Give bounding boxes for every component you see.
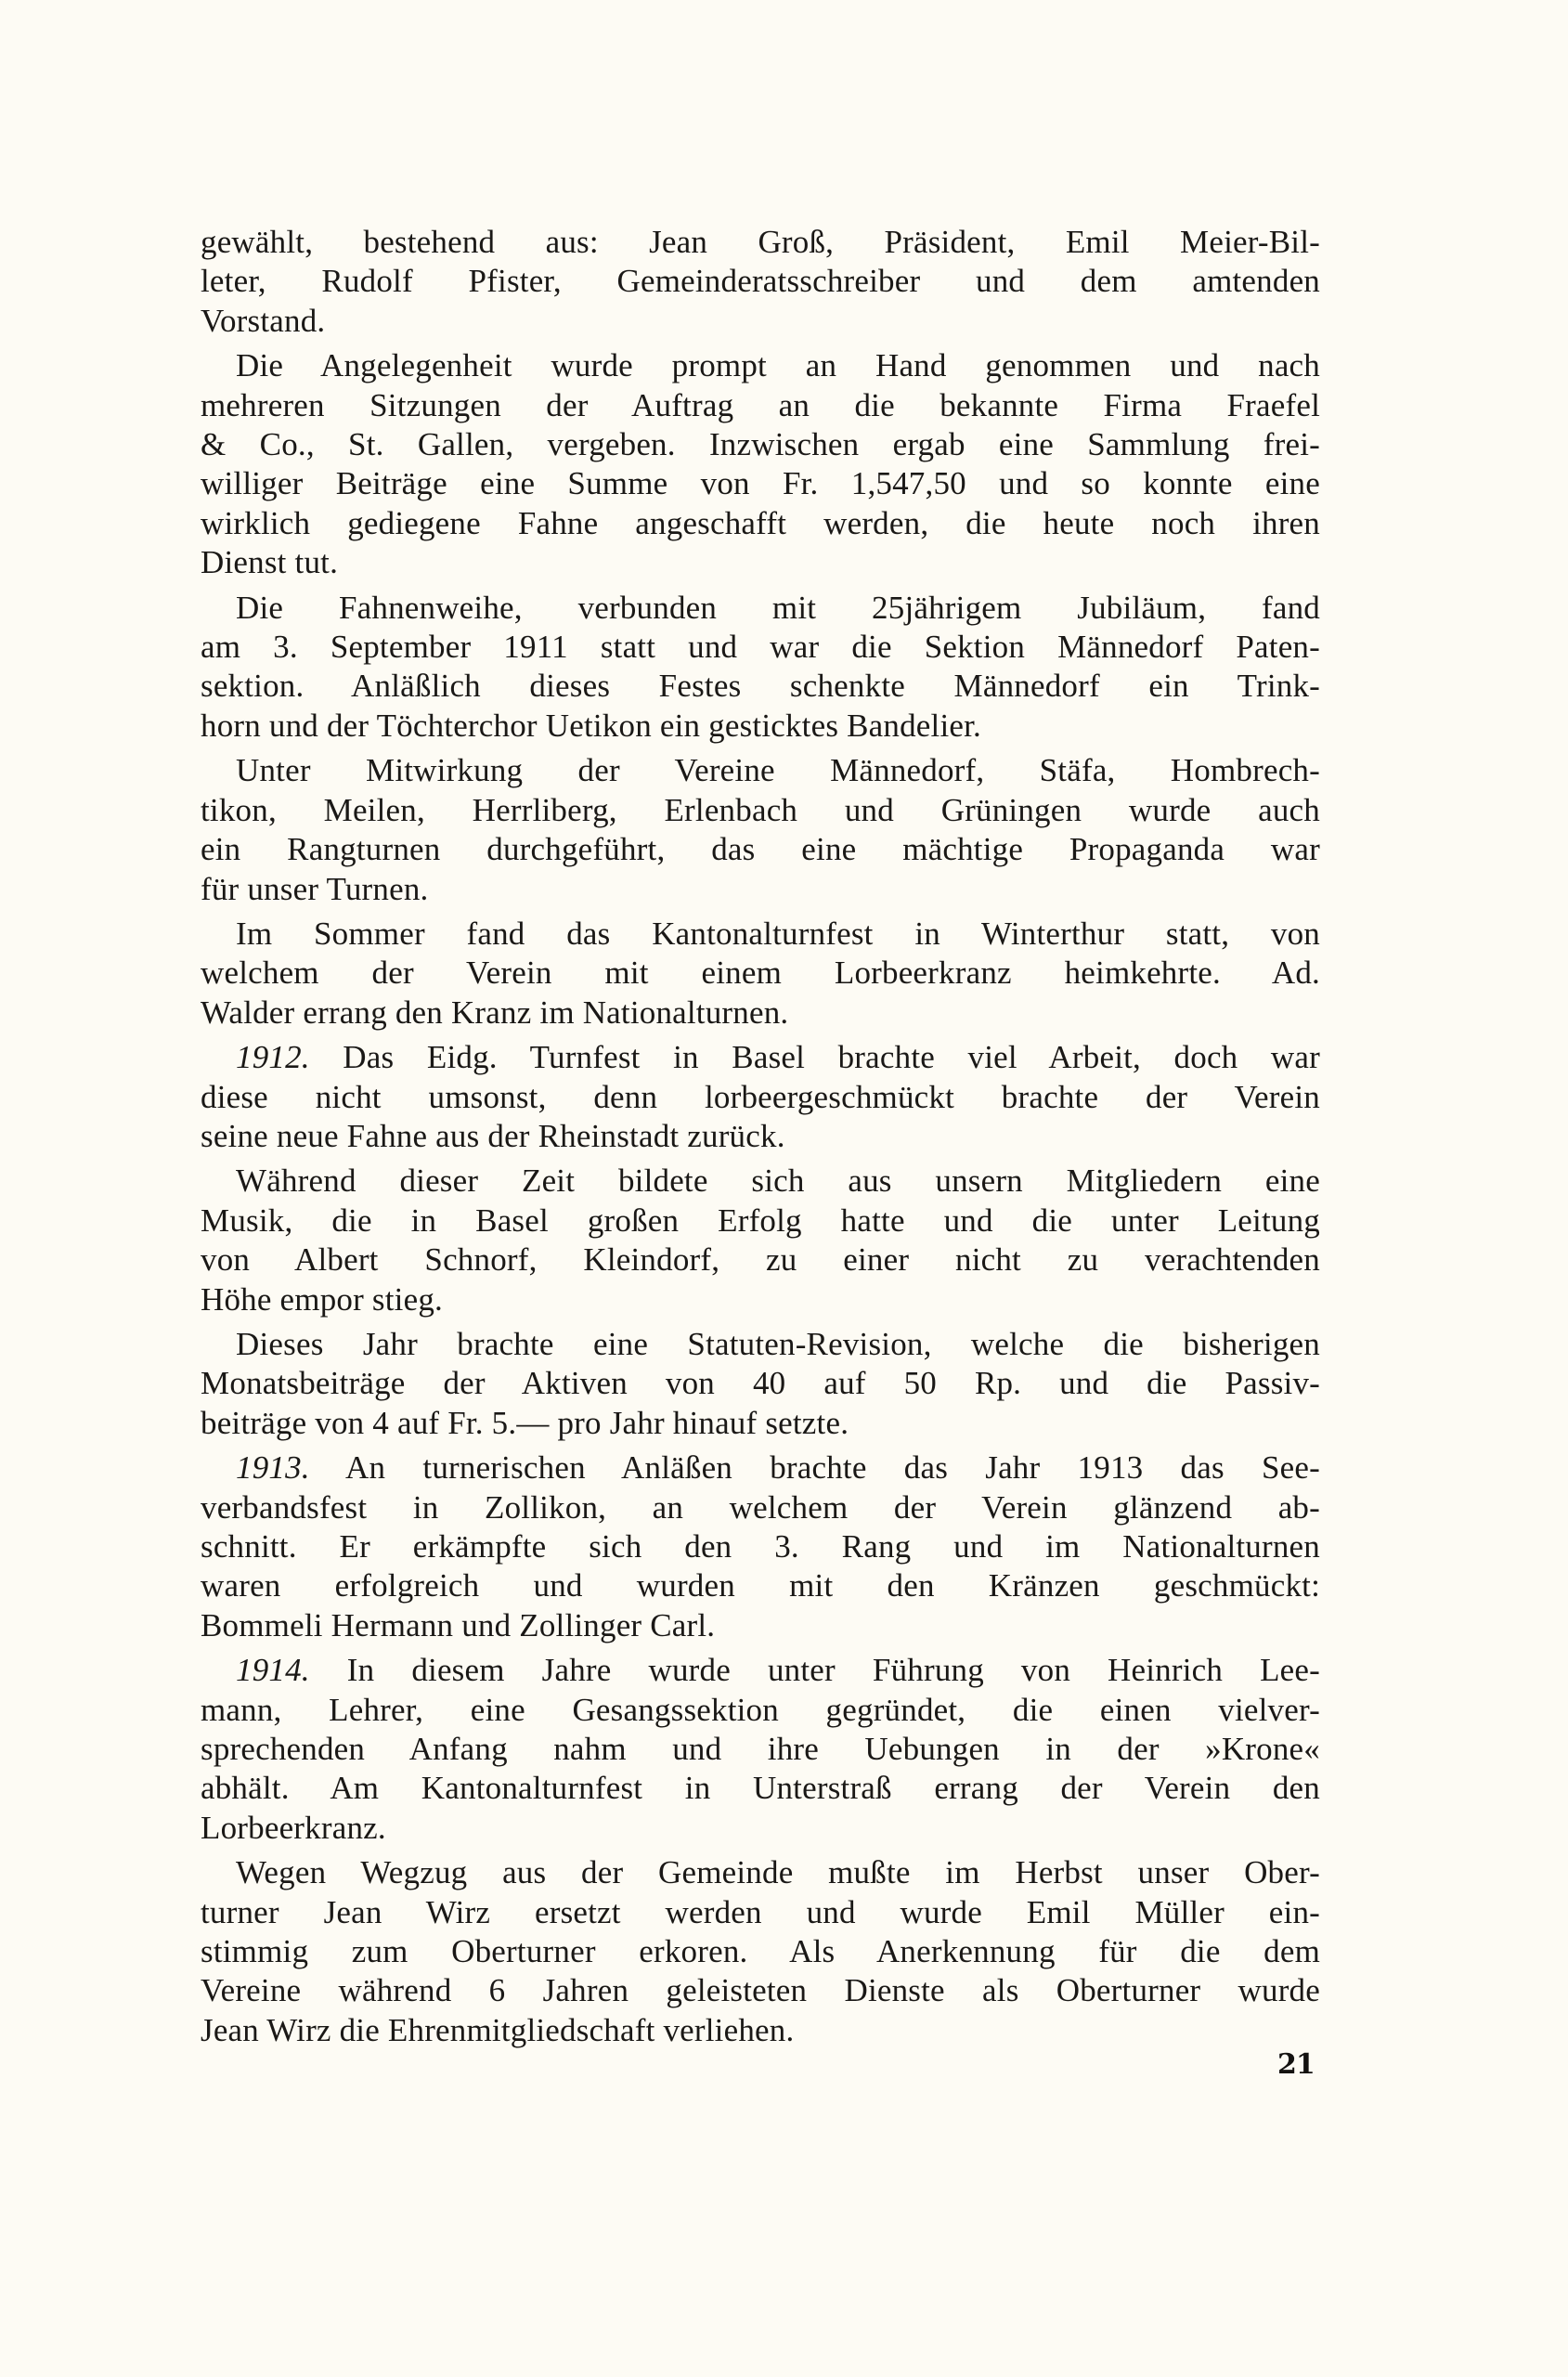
text-line: gewählt, bestehend aus: Jean Groß, Präsi… [201,223,1320,262]
text-line: leter, Rudolf Pfister, Gemeinderatsschre… [201,262,1320,301]
text-line: Die Fahnenweihe, verbunden mit 25jährige… [201,589,1320,628]
page-number: 21 [1277,2048,1315,2081]
paragraph-kantonalturnfest-winterthur: Im Sommer fand das Kantonalturnfest in W… [201,915,1320,1033]
text-line: von Albert Schnorf, Kleindorf, zu einer … [201,1240,1320,1279]
text-line: waren erfolgreich und wurden mit den Krä… [201,1566,1320,1605]
paragraph-statute-revision: Dieses Jahr brachte eine Statuten-Revisi… [201,1325,1320,1443]
text-line: für unser Turnen. [201,870,1320,909]
text-line: Unter Mitwirkung der Vereine Männedorf, … [201,751,1320,790]
paragraph-oberturner-change: Wegen Wegzug aus der Gemeinde mußte im H… [201,1853,1320,2050]
text-segment: In diesem Jahre wurde unter Führung von … [310,1652,1320,1688]
paragraph-flag-order: Die Angelegenheit wurde prompt an Hand g… [201,346,1320,582]
text-line: seine neue Fahne aus der Rheinstadt zurü… [201,1117,1320,1156]
text-line: schnitt. Er erkämpfte sich den 3. Rang u… [201,1527,1320,1566]
paragraph-year-1912: 1912. Das Eidg. Turnfest in Basel bracht… [201,1038,1320,1156]
text-line: Dieses Jahr brachte eine Statuten-Revisi… [201,1325,1320,1364]
text-line: Im Sommer fand das Kantonalturnfest in W… [201,915,1320,954]
text-line: verbandsfest in Zollikon, an welchem der… [201,1488,1320,1527]
text-line: Musik, die in Basel großen Erfolg hatte … [201,1201,1320,1240]
text-line: abhält. Am Kantonalturnfest in Unterstra… [201,1769,1320,1808]
text-line: Die Angelegenheit wurde prompt an Hand g… [201,346,1320,385]
text-line: turner Jean Wirz ersetzt werden und wurd… [201,1893,1320,1932]
text-line: williger Beiträge eine Summe von Fr. 1,5… [201,464,1320,503]
text-line: Jean Wirz die Ehrenmitgliedschaft verlie… [201,2011,1320,2050]
text-line: Während dieser Zeit bildete sich aus uns… [201,1162,1320,1201]
text-line: Walder errang den Kranz im Nationalturne… [201,994,1320,1033]
year-label: 1914. [236,1652,310,1688]
body-text: gewählt, bestehend aus: Jean Groß, Präsi… [201,223,1320,2056]
book-page: gewählt, bestehend aus: Jean Groß, Präsi… [0,0,1568,2377]
text-line: & Co., St. Gallen, vergeben. Inzwischen … [201,425,1320,464]
text-line: sprechenden Anfang nahm und ihre Uebunge… [201,1730,1320,1769]
text-line: stimmig zum Oberturner erkoren. Als Aner… [201,1932,1320,1971]
text-line: mehreren Sitzungen der Auftrag an die be… [201,386,1320,425]
text-line: ein Rangturnen durchgeführt, das eine mä… [201,830,1320,869]
text-line: wirklich gediegene Fahne angeschafft wer… [201,504,1320,543]
paragraph-music-section: Während dieser Zeit bildete sich aus uns… [201,1162,1320,1319]
paragraph-flag-consecration: Die Fahnenweihe, verbunden mit 25jährige… [201,589,1320,747]
text-line: horn und der Töchterchor Uetikon ein ges… [201,707,1320,746]
text-line: Wegen Wegzug aus der Gemeinde mußte im H… [201,1853,1320,1892]
year-label: 1912. [236,1039,310,1075]
text-line: 1913. An turnerischen Anläßen brachte da… [201,1448,1320,1487]
text-line: Vorstand. [201,302,1320,341]
text-line: diese nicht umsonst, denn lorbeergeschmü… [201,1078,1320,1117]
text-line: am 3. September 1911 statt und war die S… [201,628,1320,667]
text-line: 1914. In diesem Jahre wurde unter Führun… [201,1651,1320,1690]
text-line: Bommeli Hermann und Zollinger Carl. [201,1606,1320,1645]
text-line: Höhe empor stieg. [201,1280,1320,1319]
text-line: Dienst tut. [201,543,1320,582]
text-line: Monatsbeiträge der Aktiven von 40 auf 50… [201,1364,1320,1403]
text-line: sektion. Anläßlich dieses Festes schenkt… [201,667,1320,706]
text-line: welchem der Verein mit einem Lorbeerkran… [201,954,1320,993]
year-label: 1913. [236,1449,310,1486]
text-line: mann, Lehrer, eine Gesangssektion gegrün… [201,1691,1320,1730]
text-line: 1912. Das Eidg. Turnfest in Basel bracht… [201,1038,1320,1077]
paragraph-committee: gewählt, bestehend aus: Jean Groß, Präsi… [201,223,1320,341]
paragraph-year-1914: 1914. In diesem Jahre wurde unter Führun… [201,1651,1320,1848]
text-line: beiträge von 4 auf Fr. 5.— pro Jahr hina… [201,1404,1320,1443]
text-line: Lorbeerkranz. [201,1809,1320,1848]
text-segment: An turnerischen Anläßen brachte das Jahr… [310,1449,1320,1486]
text-line: Vereine während 6 Jahren geleisteten Die… [201,1971,1320,2010]
paragraph-rangturnen: Unter Mitwirkung der Vereine Männedorf, … [201,751,1320,909]
text-segment: Das Eidg. Turnfest in Basel brachte viel… [310,1039,1320,1075]
text-line: tikon, Meilen, Herrliberg, Erlenbach und… [201,791,1320,830]
paragraph-year-1913: 1913. An turnerischen Anläßen brachte da… [201,1448,1320,1645]
